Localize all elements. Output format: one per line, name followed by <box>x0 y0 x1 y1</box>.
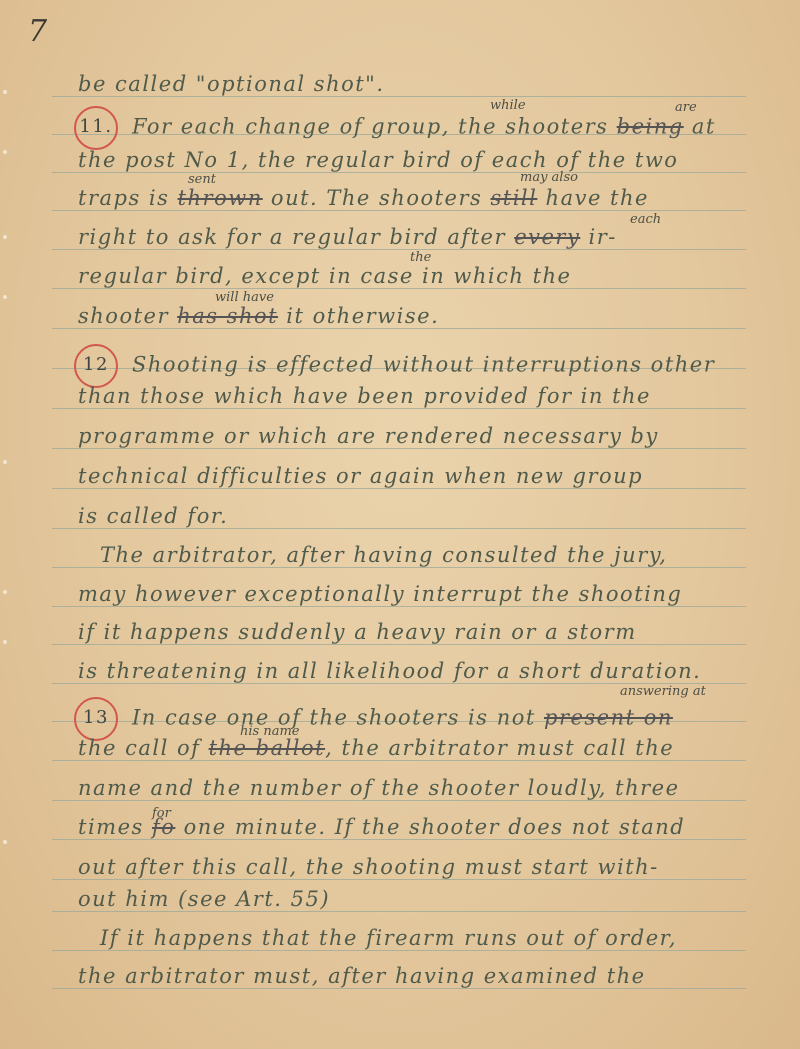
text-line: technical difficulties or again when new… <box>78 464 758 488</box>
ruled-line <box>52 839 746 840</box>
text-line: times fo one minute. If the shooter does… <box>78 815 758 839</box>
insertion: each <box>630 212 661 227</box>
text-segment: regular bird, except in <box>78 264 352 288</box>
ruled-line <box>52 172 746 173</box>
ruled-line <box>52 288 746 289</box>
struck-word: thrown <box>178 186 263 210</box>
text-segment: the shooters <box>458 115 608 139</box>
text-line: If it happens that the firearm runs out … <box>100 926 780 950</box>
text-segment: the call of <box>78 736 200 760</box>
ruled-line <box>52 760 746 761</box>
text-line: traps is thrown out. The shooters still … <box>78 186 758 210</box>
ruled-line <box>52 249 746 250</box>
ruled-line <box>52 911 746 912</box>
ruled-line <box>52 644 746 645</box>
text-segment: one minute. If the shooter does not stan… <box>184 815 686 839</box>
struck-word: still <box>490 186 537 210</box>
insertion: his name <box>240 724 299 739</box>
text-segment: In case one of the shooters is not <box>132 706 536 730</box>
insertion: the <box>410 250 431 265</box>
text-line: out after this call, the shooting must s… <box>78 855 758 879</box>
ruled-line <box>52 800 746 801</box>
ruled-line <box>52 567 746 568</box>
ruled-line <box>52 96 746 97</box>
text-line: the arbitrator must, after having examin… <box>78 964 758 988</box>
ruled-line <box>52 210 746 211</box>
text-line: 11.For each change of group, the shooter… <box>78 106 758 150</box>
text-segment: For each change of group, <box>132 115 450 139</box>
ruled-line <box>52 988 746 989</box>
item-number-circle: 12 <box>74 344 118 388</box>
text-segment: have the <box>546 186 649 210</box>
insertion: may also <box>520 170 578 185</box>
text-segment: right to ask for a regular bird after <box>78 225 506 249</box>
struck-word: present on <box>544 706 673 730</box>
struck-word: being <box>617 115 684 139</box>
text-segment: at <box>692 115 716 139</box>
ruled-line <box>52 950 746 951</box>
struck-word: the ballot <box>209 736 326 760</box>
text-line: the call of the ballot, the arbitrator m… <box>78 736 758 760</box>
page-number: 7 <box>28 14 47 49</box>
text-line: 13In case one of the shooters is not pre… <box>78 697 758 741</box>
text-line: be called "optional shot". <box>78 72 758 96</box>
text-line: programme or which are rendered necessar… <box>78 424 758 448</box>
text-line: The arbitrator, after having consulted t… <box>100 543 780 567</box>
manuscript-page: 7 be called "optional shot". 11.For each… <box>0 0 800 1049</box>
text-segment: out. The shooters <box>271 186 482 210</box>
insertion: answering at <box>620 684 706 699</box>
text-line: 12Shooting is effected without interrupt… <box>78 344 758 388</box>
text-segment: shooter <box>78 304 169 328</box>
ruled-line <box>52 448 746 449</box>
ruled-line <box>52 328 746 329</box>
insertion: for <box>152 806 171 821</box>
text-line: right to ask for a regular bird after ev… <box>78 225 758 249</box>
insertion: will have <box>215 290 274 305</box>
text-segment: Shooting is effected without interruptio… <box>132 353 715 377</box>
insertion: while <box>490 98 526 113</box>
ruled-line <box>52 606 746 607</box>
text-line: regular bird, except in case in which th… <box>78 264 758 288</box>
insertion: are <box>675 100 697 115</box>
text-segment: ir- <box>589 225 617 249</box>
text-line: may however exceptionally interrupt the … <box>78 582 758 606</box>
struck-word: every <box>514 225 580 249</box>
item-number-circle: 11. <box>74 106 118 150</box>
ruled-line <box>52 879 746 880</box>
text-line: is threatening in all likelihood for a s… <box>78 659 758 683</box>
text-line: out him (see Art. 55) <box>78 887 758 911</box>
text-segment: it otherwise. <box>286 304 439 328</box>
struck-word: has shot <box>177 304 278 328</box>
ruled-line <box>52 528 746 529</box>
item-number-circle: 13 <box>74 697 118 741</box>
ruled-line <box>52 488 746 489</box>
text-segment: case in which the <box>360 264 571 288</box>
text-line: is called for. <box>78 504 758 528</box>
text-line: than those which have been provided for … <box>78 384 758 408</box>
text-line: name and the number of the shooter loudl… <box>78 776 758 800</box>
text-segment: times <box>78 815 144 839</box>
text-segment: , the arbitrator must call the <box>325 736 674 760</box>
ruled-line <box>52 408 746 409</box>
insertion: sent <box>188 172 216 187</box>
text-line: shooter has shot it otherwise. <box>78 304 758 328</box>
text-line: the post No 1, the regular bird of each … <box>78 148 758 172</box>
text-segment: traps is <box>78 186 169 210</box>
text-line: if it happens suddenly a heavy rain or a… <box>78 620 758 644</box>
